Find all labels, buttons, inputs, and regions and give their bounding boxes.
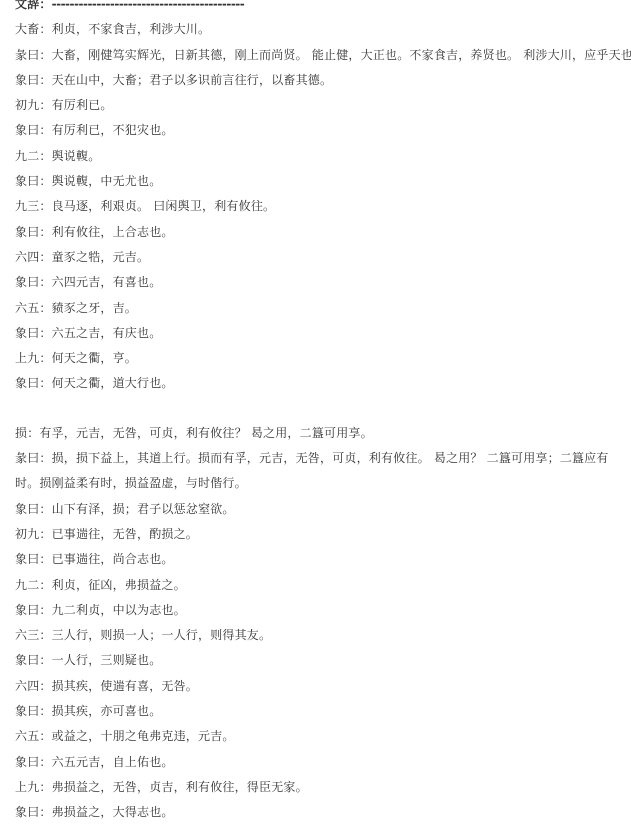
line-commentary: 象曰：六五元吉，自上佑也。 xyxy=(15,750,623,775)
document-body: 文辞：-------------------------------------… xyxy=(15,0,623,824)
tuan-commentary: 彖曰：损，损下益上，其道上行。损而有孚，元吉，无咎，可贞，利有攸往。 曷之用？ … xyxy=(15,446,623,497)
line-text: 九二：利贞，征凶，弗损益之。 xyxy=(15,573,623,598)
line-text: 六五：或益之，十朋之龟弗克违，元吉。 xyxy=(15,724,623,749)
line-text: 六五：豮豕之牙，吉。 xyxy=(15,296,623,321)
header-label: 文辞： xyxy=(15,0,52,11)
judgment-line: 大畜：利贞，不家食吉，利涉大川。 xyxy=(15,17,623,42)
line-text: 六三：三人行，则损一人；一人行，则得其友。 xyxy=(15,623,623,648)
line-commentary: 象曰：舆说輹，中无尤也。 xyxy=(15,169,623,194)
line-commentary: 象曰：弗损益之，大得志也。 xyxy=(15,800,623,824)
line-commentary: 象曰：损其疾，亦可喜也。 xyxy=(15,699,623,724)
line-commentary: 象曰：六五之吉，有庆也。 xyxy=(15,321,623,346)
line-text: 上九：何天之衢，亨。 xyxy=(15,346,623,371)
line-commentary: 象曰：九二利贞，中以为志也。 xyxy=(15,598,623,623)
line-text: 九三：良马逐，利艰贞。 曰闲舆卫，利有攸往。 xyxy=(15,194,623,219)
line-commentary: 象曰：一人行，三则疑也。 xyxy=(15,648,623,673)
line-commentary: 象曰：何天之衢，道大行也。 xyxy=(15,371,623,396)
line-commentary: 象曰：已事遄往，尚合志也。 xyxy=(15,547,623,572)
line-commentary: 象曰：利有攸往，上合志也。 xyxy=(15,220,623,245)
xiang-commentary: 象曰：天在山中，大畜；君子以多识前言往行，以畜其德。 xyxy=(15,68,623,93)
section-header: 文辞：-------------------------------------… xyxy=(15,0,623,17)
judgment-line: 损：有孚，元吉，无咎，可贞，利有攸往？ 曷之用，二簋可用享。 xyxy=(15,421,623,446)
line-text: 六四：损其疾，使遄有喜，无咎。 xyxy=(15,674,623,699)
line-text: 上九：弗损益之，无咎，贞吉，利有攸往，得臣无家。 xyxy=(15,775,623,800)
header-divider: ----------------------------------------… xyxy=(52,0,245,11)
xiang-commentary: 象曰：山下有泽，损；君子以惩忿窒欲。 xyxy=(15,497,623,522)
hexagram-da-chu: 大畜：利贞，不家食吉，利涉大川。 彖曰：大畜，刚健笃实辉光，日新其德，刚上而尚贤… xyxy=(15,17,623,396)
section-spacer xyxy=(15,397,623,421)
line-text: 初九：有厉利已。 xyxy=(15,93,623,118)
hexagram-sun: 损：有孚，元吉，无咎，可贞，利有攸往？ 曷之用，二簋可用享。 彖曰：损，损下益上… xyxy=(15,421,623,824)
line-text: 六四：童豕之牿，元吉。 xyxy=(15,245,623,270)
tuan-commentary: 彖曰：大畜，刚健笃实辉光，日新其德，刚上而尚贤。 能止健，大正也。不家食吉，养贤… xyxy=(15,43,623,68)
line-text: 九二：舆说輹。 xyxy=(15,144,623,169)
line-commentary: 象曰：有厉利已，不犯灾也。 xyxy=(15,118,623,143)
line-commentary: 象曰：六四元吉，有喜也。 xyxy=(15,270,623,295)
line-text: 初九：已事遄往，无咎，酌损之。 xyxy=(15,522,623,547)
